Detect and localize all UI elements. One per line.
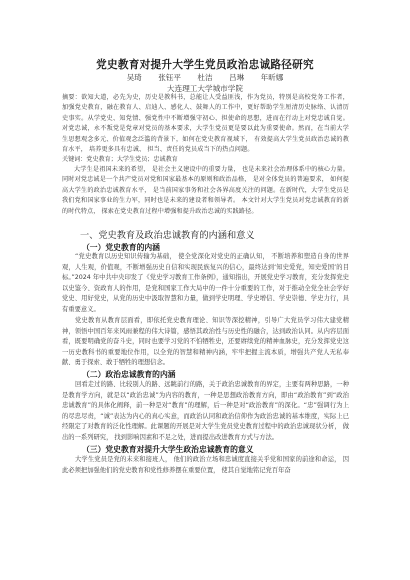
abstract: 摘要：欲知大道，必先为史，历史是教科书，总能让人受益匪浅，作为党员，特别是高校党… [62, 93, 349, 155]
subsection-heading: （二）政治忠诚教育的内涵 [82, 369, 176, 380]
body-paragraph: 党史教育从教育层面看，即依托党史教育理论、知识等深挖精神，引导广大党员学习伟大建… [62, 316, 349, 369]
author-name: 吕琳 [229, 73, 244, 82]
paper-title: 党史教育对提升大学生党员政治忠诚路径研究 [0, 57, 410, 72]
subsection-heading: （三）党史教育对提升大学生政治忠诚教育的意义 [82, 444, 254, 455]
body-paragraph: 大学生党员是党的未来和接班人， 他们的政治立场和忠诚度直接关乎党和国家的前途和命… [62, 455, 349, 476]
author-name: 吴琦 [127, 73, 142, 82]
author-name: 张钰平 [158, 73, 181, 82]
body-paragraph: 回看走过的路、比较别人的路、远眺前行的路，关于政治忠诚教育的界定，主要有两种思路… [62, 380, 349, 444]
section-heading: 一、党史教育及政治忠诚教育的内涵和意义 [80, 227, 255, 241]
body-paragraph: “党史教育以历史知识传输为基础， 使全党深化对党史的正确认知， 不断培养和塑造自… [62, 252, 349, 316]
author-name: 杜洁 [197, 73, 212, 82]
abstract-text: 欲知大道，必先为史，历史是教科书，总能让人受益匪浅，作为党员，特别是高校党务工作… [62, 94, 349, 153]
paper-page: 党史教育对提升大学生党员政治忠诚路径研究 吴琦 张钰平 杜洁 吕琳 年昕娜 大连… [0, 0, 410, 580]
abstract-label: 摘要： [62, 94, 81, 101]
keywords-text: 党史教育；大学生党员；忠诚教育 [86, 156, 177, 163]
author-list: 吴琦 张钰平 杜洁 吕琳 年昕娜 [0, 72, 410, 83]
keywords: 关键词：党史教育；大学生党员；忠诚教育 [62, 155, 349, 165]
author-name: 年昕娜 [261, 73, 284, 82]
keywords-label: 关键词： [62, 156, 86, 163]
intro-paragraph: 大学生是祖国未来的希望， 是社会主义建设中的重要力量， 也是未来社会治理体系中的… [62, 165, 349, 217]
